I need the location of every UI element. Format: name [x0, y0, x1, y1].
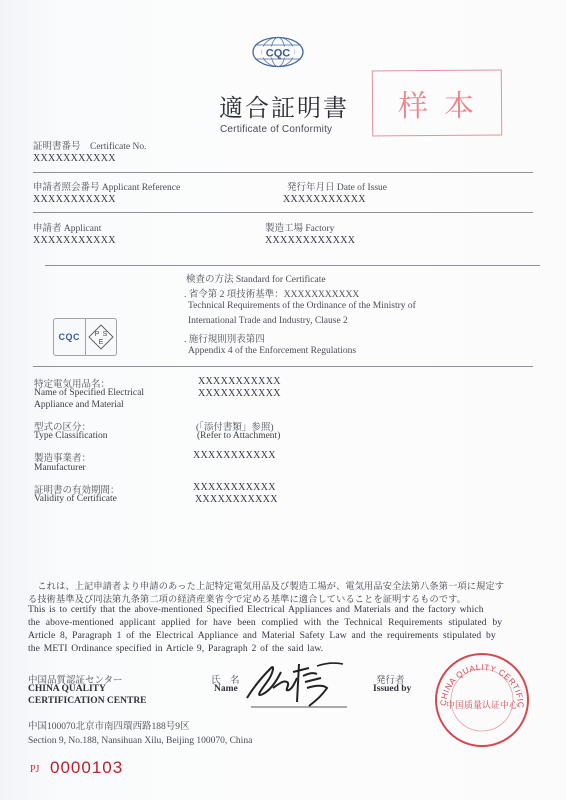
factory-label: 製造工場 Factory — [265, 220, 334, 234]
serial-number: 0000103 — [50, 758, 123, 778]
svg-text:中国质量认证中心: 中国质量认证中心 — [446, 699, 519, 711]
svg-text:E: E — [98, 339, 103, 346]
issued-by-label-en: Issued by — [373, 684, 411, 694]
standard-line: International Trade and Industry, Clause… — [188, 316, 348, 326]
title-japanese: 適合証明書 — [219, 88, 349, 123]
address-english: Section 9, No.188, Nansihuan Xilu, Beiji… — [28, 736, 252, 746]
divider — [33, 212, 533, 213]
serial-prefix: PJ — [30, 764, 39, 775]
date-of-issue-value: XXXXXXXXXXX — [283, 194, 366, 205]
applicant-label: 申請者 Applicant — [33, 220, 101, 234]
manufacturer-label-en: Manufacturer — [34, 463, 86, 473]
svg-text:CHINA QUALITY CERTIFICATION CE: CHINA QUALITY CERTIFICATION CENTRE — [432, 650, 525, 708]
title-english: Certificate of Conformity — [220, 124, 332, 135]
cqc-mark-text: CQC — [59, 332, 81, 342]
svg-text:S: S — [102, 331, 107, 338]
manufacturer-label-jp: 製造事業者： — [34, 450, 91, 464]
certification-seal-icon: CHINA QUALITY CERTIFICATION CENTRE 中国质量认… — [432, 650, 532, 750]
statement-en-line: the above-mentioned applicant applied fo… — [28, 617, 502, 628]
standard-line: Technical Requirements of the Ordinance … — [188, 301, 416, 311]
svg-text:P: P — [94, 331, 99, 338]
type-classification-value: (Refer to Attachment) — [197, 431, 280, 441]
issuer-org-en: CERTIFICATION CENTRE — [28, 696, 147, 706]
manufacturer-value: XXXXXXXXXXX — [193, 450, 276, 461]
appliance-name-value: XXXXXXXXXXX — [198, 376, 281, 387]
pse-diamond-icon: P S E — [88, 324, 114, 350]
certificate-no-label: 証明書番号 Certificate No. — [33, 138, 146, 152]
cqc-pse-mark: CQC P S E — [53, 318, 117, 356]
name-label-en: Name — [214, 684, 238, 694]
cqc-globe-logo-icon: CQC — [251, 36, 305, 68]
svg-text:CQC: CQC — [266, 48, 291, 60]
statement-en-line: This is to certify that the above-mentio… — [28, 604, 484, 615]
divider — [33, 366, 533, 367]
applicant-reference-label: 申請者照会番号 Applicant Reference — [33, 179, 180, 193]
applicant-value: XXXXXXXXXXX — [33, 235, 116, 246]
standard-line: . 施行規則別表第四 — [184, 331, 265, 345]
standard-line: . 省令第 2 項技術基準：XXXXXXXXXXX — [184, 286, 359, 300]
appliance-name-value: XXXXXXXXXXX — [198, 388, 281, 399]
factory-value: XXXXXXXXXXXX — [265, 235, 355, 246]
signature-icon — [243, 658, 351, 710]
statement-jp-line: る技術基準及び同法第九条第二項の経済産業省令で定める基準に適合していることを証明… — [28, 591, 466, 605]
statement-jp-line: これは、上記申請者より申請のあった上記特定電気用品及び製造工場が、電気用品安全法… — [28, 578, 504, 592]
standard-heading: 検査の方法 Standard for Certificate — [186, 271, 326, 285]
validity-label-en: Validity of Certificate — [34, 494, 117, 504]
statement-en-line: the METI Ordinance specified in Article … — [28, 643, 323, 654]
issuer-org-en: CHINA QUALITY — [28, 684, 106, 694]
address-chinese: 中国100070北京市南四環西路188号9区 — [28, 718, 190, 732]
certificate-page: CQC 適合証明書 Certificate of Conformity 样本 証… — [0, 0, 566, 800]
appliance-name-label-en: Appliance and Material — [34, 400, 124, 410]
type-classification-label-en: Type Classification — [34, 431, 107, 441]
validity-value: XXXXXXXXXXX — [195, 494, 278, 505]
divider — [45, 265, 540, 266]
statement-en-line: Article 8, Paragraph 1 of the Electrical… — [28, 630, 496, 641]
validity-value: XXXXXXXXXXX — [193, 482, 276, 493]
certificate-no-value: XXXXXXXXXXX — [33, 153, 116, 164]
applicant-reference-value: XXXXXXXXXXX — [33, 194, 116, 205]
sample-stamp: 样本 — [372, 70, 502, 137]
standard-line: Appendix 4 of the Enforcement Regulation… — [188, 346, 356, 356]
appliance-name-label-en: Name of Specified Electrical — [34, 388, 144, 398]
divider — [33, 172, 533, 173]
date-of-issue-label: 発行年月日 Date of Issue — [287, 179, 387, 193]
